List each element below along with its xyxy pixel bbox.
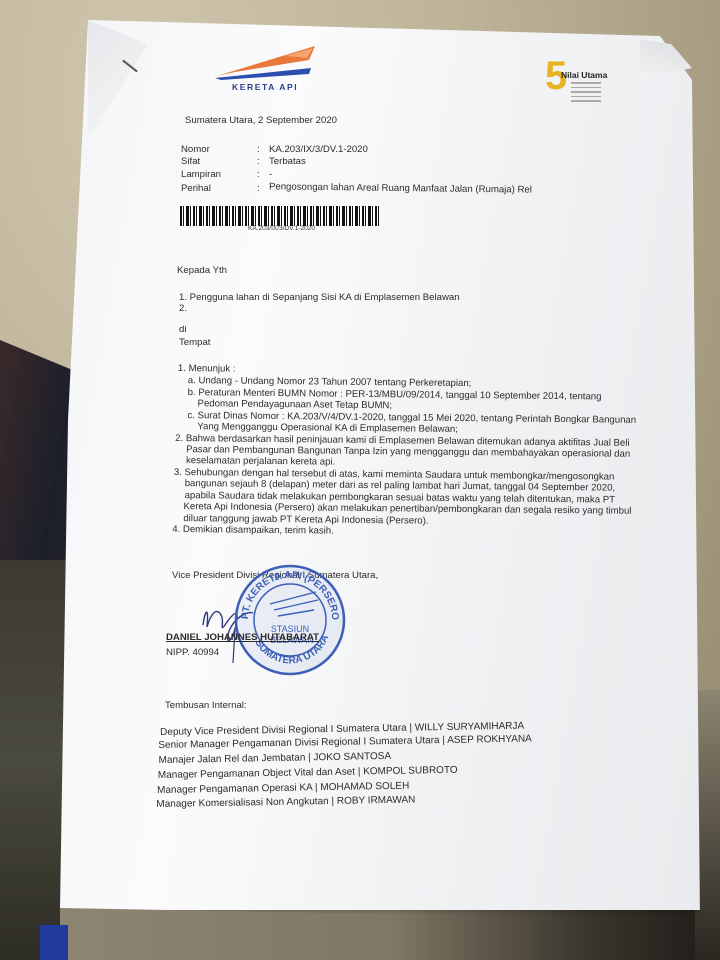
recipient-tempat: Tempat [179, 337, 210, 349]
brand-name: KERETA API [232, 82, 298, 92]
body-point-4: 4. Demikian disampaikan, terim kasih. [172, 524, 334, 538]
signatory-name: DANIEL JOHANNES HUTABARAT [166, 632, 319, 644]
values-badge-list [571, 82, 601, 105]
body-point-1: 1. Menunjuk : [178, 363, 236, 376]
signatory-nipp: NIPP. 40994 [166, 647, 219, 659]
barcode [180, 206, 380, 226]
date-line: Sumatera Utara, 2 September 2020 [185, 115, 337, 127]
letter-meta: Nomor : KA.203/IX/3/DV.1-2020 Sifat : Te… [181, 144, 581, 204]
recipient-item-2: 2. [179, 303, 187, 315]
official-stamp-icon: PT. KERETA API (PERSERO) SUMATERA UTARA … [230, 560, 350, 678]
recipient-greeting: Kepada Yth [177, 265, 227, 277]
values-badge-title: Nilai Utama [561, 70, 607, 80]
recipient-di: di [179, 324, 186, 336]
cc-heading: Tembusan Internal: [165, 700, 247, 712]
background-blue-object [40, 925, 68, 960]
background-floor [0, 560, 70, 960]
recipient-item-1: 1. Pengguna lahan di Sepanjang Sisi KA d… [179, 292, 460, 304]
background-floor-bottom [60, 905, 720, 960]
barcode-text: KA.203/IX/3/DV.1-2020 [248, 225, 315, 232]
